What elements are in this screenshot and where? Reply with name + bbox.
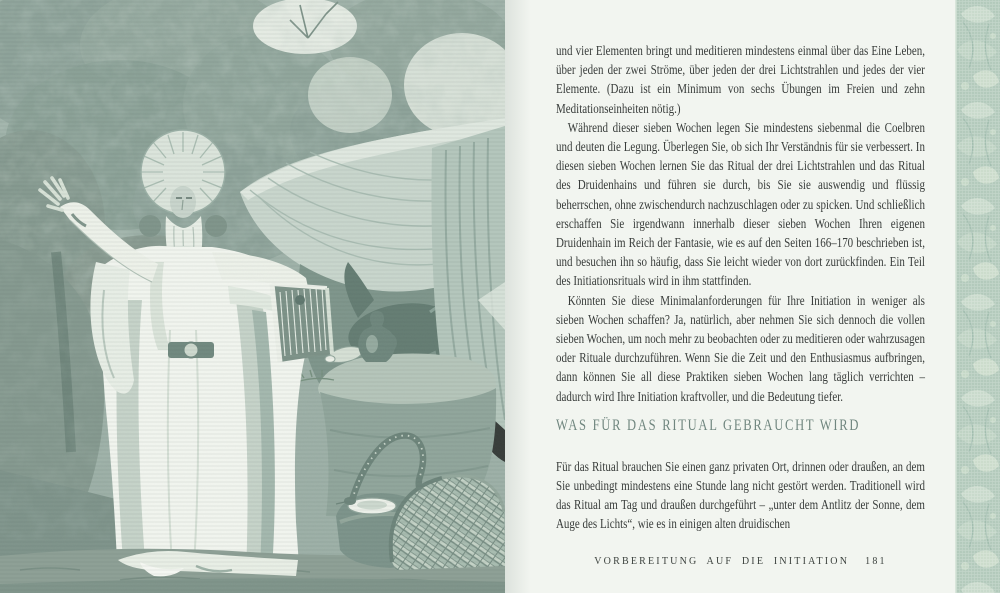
fabric-border — [955, 0, 1000, 593]
page-number: 181 — [865, 556, 887, 567]
text-column: und vier Elementen bringt und meditieren… — [556, 42, 925, 535]
page-footer: VORBEREITUNG AUF DIE INITIATION 181 — [556, 556, 925, 567]
paragraph: Für das Ritual brauchen Sie einen ganz p… — [556, 458, 925, 535]
body-after-heading: Für das Ritual brauchen Sie einen ganz p… — [556, 458, 925, 535]
fabric-border-svg — [955, 0, 1000, 593]
paragraph: und vier Elementen bringt und meditieren… — [556, 42, 925, 119]
druid-forest-engraving — [0, 0, 505, 593]
book-spread: und vier Elementen bringt und meditieren… — [0, 0, 1000, 593]
running-title: VORBEREITUNG AUF DIE INITIATION — [594, 556, 849, 567]
paragraph: Könnten Sie diese Minimalanforderungen f… — [556, 292, 925, 407]
body-before-heading: und vier Elementen bringt und meditieren… — [556, 42, 925, 407]
page-gutter — [505, 0, 531, 593]
section-heading: WAS FÜR DAS RITUAL GEBRAUCHT WIRD — [556, 415, 925, 437]
engraving-svg — [0, 0, 505, 593]
paragraph: Während dieser sieben Wochen legen Sie m… — [556, 119, 925, 292]
